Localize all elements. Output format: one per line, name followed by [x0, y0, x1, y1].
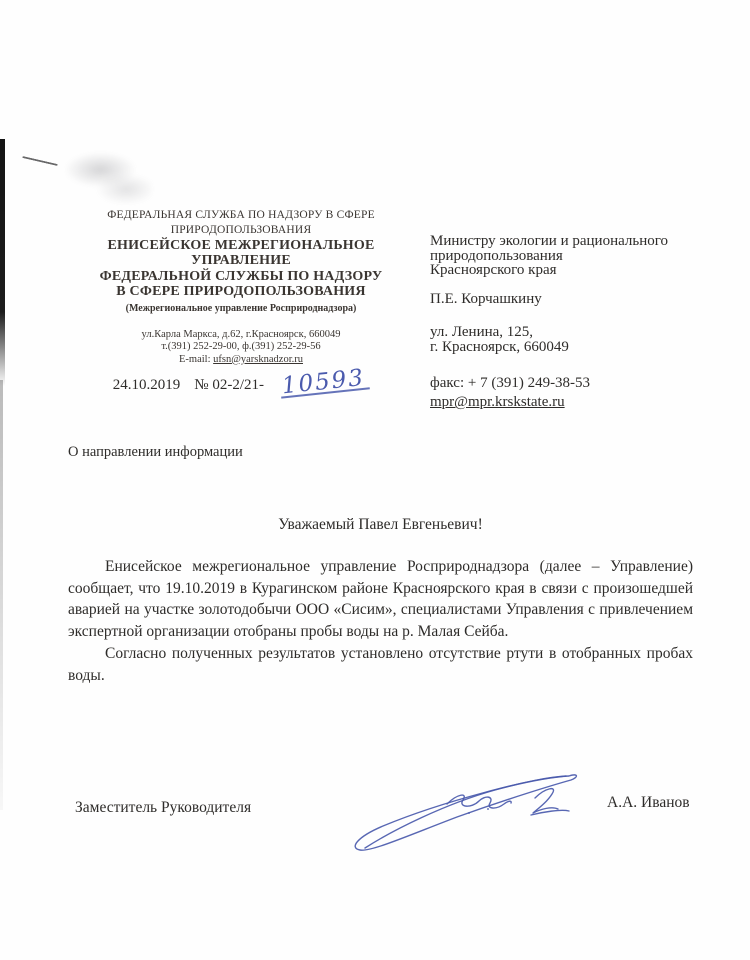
pen-mark	[22, 156, 58, 166]
signature-ink	[345, 756, 603, 861]
addressee-title-line1: Министру экологии и рационального	[430, 234, 708, 249]
letter-date: 24.10.2019	[113, 377, 181, 394]
scan-edge-artifact-faint	[0, 380, 3, 810]
organization-name-line3: В СФЕРЕ ПРИРОДОПОЛЬЗОВАНИЯ	[60, 285, 422, 300]
scan-edge-artifact	[0, 139, 5, 386]
letterhead-phones: т.(391) 252-29-00, ф.(391) 252-29-56	[60, 341, 422, 353]
subject-line: О направлении информации	[68, 444, 243, 461]
signer-name: А.А. Иванов	[607, 794, 690, 812]
addressee-fax: факс: + 7 (391) 249-38-53	[430, 376, 708, 391]
reference-line: 24.10.2019 № 02-2/21- 10593	[60, 373, 422, 394]
letter-page: ФЕДЕРАЛЬНАЯ СЛУЖБА ПО НАДЗОРУ В СФЕРЕ ПР…	[0, 0, 750, 960]
letter-body: Енисейское межрегиональное управление Ро…	[68, 556, 693, 686]
agency-name-line2: ПРИРОДОПОЛЬЗОВАНИЯ	[60, 223, 422, 238]
letterhead: ФЕДЕРАЛЬНАЯ СЛУЖБА ПО НАДЗОРУ В СФЕРЕ ПР…	[60, 208, 422, 394]
letterhead-contacts: ул.Карла Маркса, д.62, г.Красноярск, 660…	[60, 329, 422, 366]
agency-name-line1: ФЕДЕРАЛЬНАЯ СЛУЖБА ПО НАДЗОРУ В СФЕРЕ	[60, 208, 422, 223]
addressee-address-line2: г. Красноярск, 660049	[430, 340, 708, 355]
letterhead-address: ул.Карла Маркса, д.62, г.Красноярск, 660…	[60, 329, 422, 341]
organization-name-line1: ЕНИСЕЙСКОЕ МЕЖРЕГИОНАЛЬНОЕ УПРАВЛЕНИЕ	[60, 239, 422, 269]
addressee-block: Министру экологии и рационального природ…	[430, 234, 708, 410]
reference-number-prefix: № 02-2/21-	[194, 377, 264, 394]
addressee-address-line1: ул. Ленина, 125,	[430, 325, 708, 340]
body-paragraph-1: Енисейское межрегиональное управление Ро…	[68, 556, 693, 643]
stamp-smudge	[66, 150, 152, 206]
body-paragraph-2: Согласно полученных результатов установл…	[68, 643, 693, 686]
addressee-title-line3: Красноярского края	[430, 263, 708, 278]
addressee-title-line2: природопользования	[430, 249, 708, 264]
signer-position-title: Заместитель Руководителя	[75, 799, 251, 817]
email-label: E-mail:	[179, 354, 211, 365]
addressee-email: mpr@mpr.krskstate.ru	[430, 395, 708, 410]
letterhead-email-line: E-mail: ufsn@yarsknadzor.ru	[60, 354, 422, 366]
addressee-name: П.Е. Корчашкину	[430, 292, 708, 307]
handwritten-number: 10593	[279, 368, 370, 398]
letterhead-email: ufsn@yarsknadzor.ru	[213, 354, 303, 365]
salutation: Уважаемый Павел Евгеньевич!	[68, 516, 693, 534]
organization-name-line2: ФЕДЕРАЛЬНОЙ СЛУЖБЫ ПО НАДЗОРУ	[60, 270, 422, 285]
organization-alt-name: (Межрегиональное управление Росприроднад…	[60, 303, 422, 314]
